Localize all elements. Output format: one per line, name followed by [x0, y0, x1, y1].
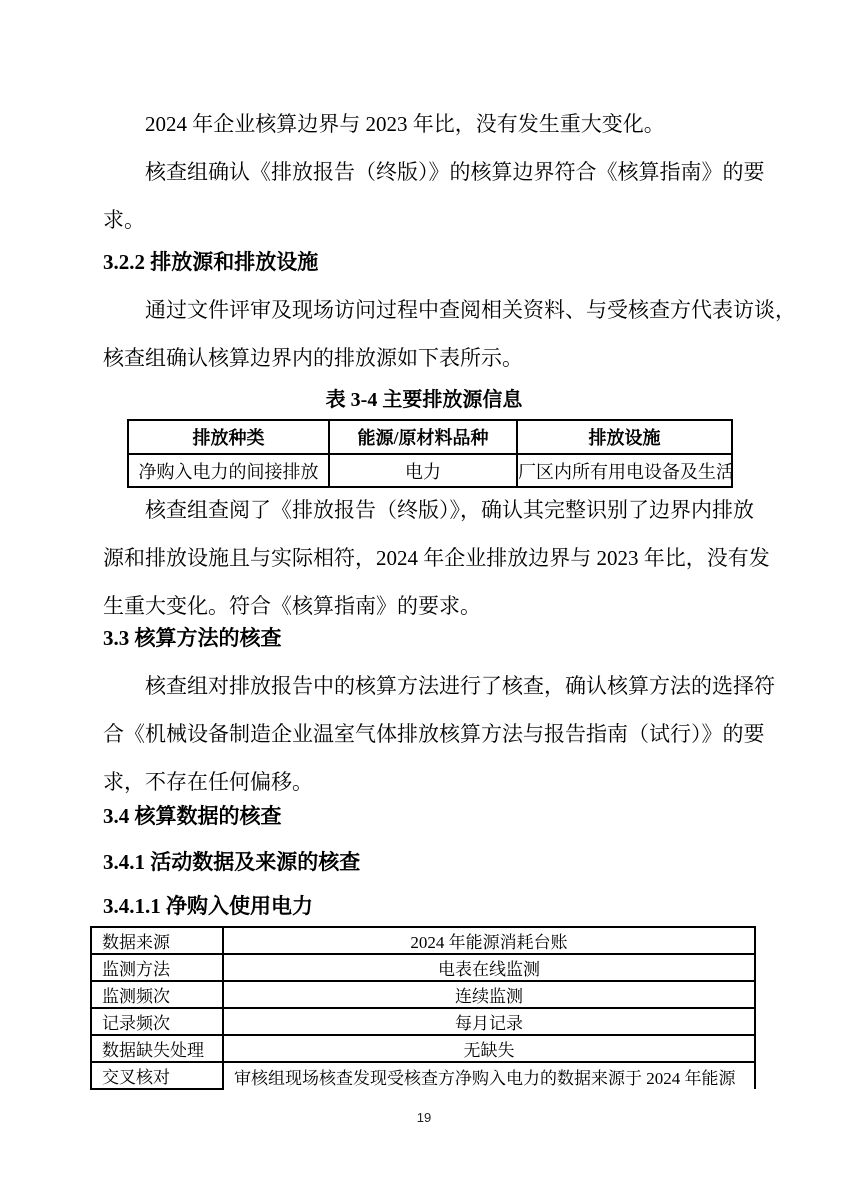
cell-monitor-method-value: 电表在线监测	[223, 954, 755, 981]
paragraph-line: 源和排放设施且与实际相符，2024 年企业排放边界与 2023 年比，没有发	[103, 534, 745, 582]
paragraph-line: 核查组对排放报告中的核算方法进行了核查，确认核算方法的选择符	[103, 662, 745, 710]
cell-monitor-frequency-label: 监测频次	[91, 981, 223, 1008]
cell-data-source-label: 数据来源	[91, 927, 223, 954]
paragraph-line: 2024 年企业核算边界与 2023 年比，没有发生重大变化。	[103, 100, 745, 148]
section-heading-3-4-1: 3.4.1 活动数据及来源的核查	[103, 838, 745, 886]
electricity-data-table: 数据来源 2024 年能源消耗台账 监测方法 电表在线监测 监测频次 连续监测 …	[90, 926, 756, 1090]
cell-data-source-value: 2024 年能源消耗台账	[223, 927, 755, 954]
paragraph-line: 核查组确认《排放报告（终版）》的核算边界符合《核算指南》的要	[103, 148, 745, 196]
header-energy-material: 能源/原材料品种	[329, 420, 517, 454]
paragraph-line: 核查组查阅了《排放报告（终版）》，确认其完整识别了边界内排放	[103, 486, 745, 534]
header-emission-facility: 排放设施	[517, 420, 732, 454]
cell-monitor-frequency-value: 连续监测	[223, 981, 755, 1008]
page-number: 19	[0, 1106, 848, 1130]
table-3-4-title: 表 3-4 主要排放源信息	[103, 380, 745, 420]
cell-emission-facility: 厂区内所有用电设备及生活	[517, 454, 732, 487]
section-heading-3-4-1-1: 3.4.1.1 净购入使用电力	[103, 882, 745, 930]
paragraph-boundary-confirm: 核查组确认《排放报告（终版）》的核算边界符合《核算指南》的要 求。	[103, 148, 745, 244]
table-row: 记录频次 每月记录	[91, 1008, 755, 1035]
cell-record-frequency-value: 每月记录	[223, 1008, 755, 1035]
cell-emission-type: 净购入电力的间接排放	[128, 454, 329, 487]
paragraph-line: 合《机械设备制造企业温室气体排放核算方法与报告指南（试行）》的要	[103, 710, 745, 758]
table-row: 交叉核对 审核组现场核查发现受核查方净购入电力的数据来源于 2024 年能源	[91, 1062, 755, 1089]
table-row: 监测方法 电表在线监测	[91, 954, 755, 981]
emission-source-table: 排放种类 能源/原材料品种 排放设施 净购入电力的间接排放 电力 厂区内所有用电…	[127, 419, 733, 488]
cell-record-frequency-label: 记录频次	[91, 1008, 223, 1035]
paragraph-report-review: 核查组查阅了《排放报告（终版）》，确认其完整识别了边界内排放 源和排放设施且与实…	[103, 486, 745, 630]
cell-missing-data-value: 无缺失	[223, 1035, 755, 1062]
table-row: 数据缺失处理 无缺失	[91, 1035, 755, 1062]
paragraph-line: 求。	[103, 196, 745, 244]
cell-cross-check-value: 审核组现场核查发现受核查方净购入电力的数据来源于 2024 年能源	[223, 1062, 755, 1089]
paragraph-line: 核查组确认核算边界内的排放源如下表所示。	[103, 334, 745, 382]
table-row: 净购入电力的间接排放 电力 厂区内所有用电设备及生活	[128, 454, 732, 487]
section-heading-3-4: 3.4 核算数据的核查	[103, 792, 745, 840]
cell-energy-material: 电力	[329, 454, 517, 487]
document-page: 2024 年企业核算边界与 2023 年比，没有发生重大变化。 核查组确认《排放…	[0, 0, 848, 1200]
table-row: 监测频次 连续监测	[91, 981, 755, 1008]
cell-missing-data-label: 数据缺失处理	[91, 1035, 223, 1062]
section-heading-3-2-2: 3.2.2 排放源和排放设施	[103, 238, 745, 286]
table-header-row: 排放种类 能源/原材料品种 排放设施	[128, 420, 732, 454]
paragraph-line: 通过文件评审及现场访问过程中查阅相关资料、与受核查方代表访谈，	[103, 286, 745, 334]
section-heading-3-3: 3.3 核算方法的核查	[103, 614, 745, 662]
paragraph-method-verification: 核查组对排放报告中的核算方法进行了核查，确认核算方法的选择符 合《机械设备制造企…	[103, 662, 745, 806]
paragraph-emission-sources: 通过文件评审及现场访问过程中查阅相关资料、与受核查方代表访谈， 核查组确认核算边…	[103, 286, 745, 382]
paragraph-boundary-change: 2024 年企业核算边界与 2023 年比，没有发生重大变化。	[103, 100, 745, 148]
cell-cross-check-label: 交叉核对	[91, 1062, 223, 1089]
table-row: 数据来源 2024 年能源消耗台账	[91, 927, 755, 954]
cell-monitor-method-label: 监测方法	[91, 954, 223, 981]
header-emission-type: 排放种类	[128, 420, 329, 454]
